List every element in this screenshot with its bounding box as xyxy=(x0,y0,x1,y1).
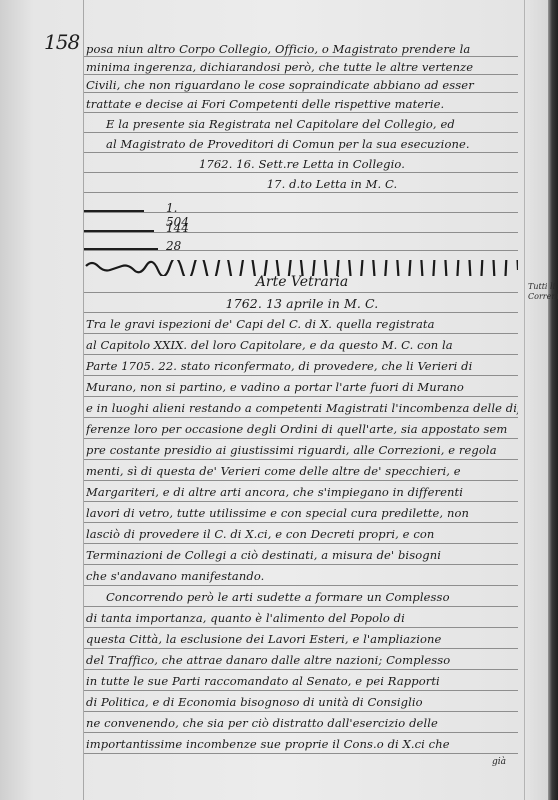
ruled-line xyxy=(84,417,518,418)
ruled-line xyxy=(84,459,518,460)
ruled-line xyxy=(84,501,518,502)
ruled-line xyxy=(84,732,518,733)
ruled-line xyxy=(84,172,518,173)
ruled-line xyxy=(84,192,518,193)
text-line: Civili, che non riguardano le cose sopra… xyxy=(86,78,518,92)
ruled-line xyxy=(84,585,518,586)
text-line: pre costante presidio ai giustissimi rig… xyxy=(86,443,518,457)
ruled-line xyxy=(84,132,518,133)
catchword: già xyxy=(492,757,506,767)
text-line: E la presente sia Registrata nel Capitol… xyxy=(86,117,518,131)
ruled-line xyxy=(84,543,518,544)
ruled-line xyxy=(84,232,518,233)
ruled-line xyxy=(84,212,518,213)
text-line: ne convenendo, che sia per ciò distratto… xyxy=(86,716,518,730)
ruled-line xyxy=(84,669,518,670)
ruled-line xyxy=(84,606,518,607)
text-line: Murano, non si partino, e vadino a porta… xyxy=(86,380,518,394)
tally-value: 144 xyxy=(166,221,189,235)
reading-date: 17. d.to Letta in M. C. xyxy=(86,177,518,191)
text-line: in tutte le sue Parti raccomandato al Se… xyxy=(86,674,518,688)
ruled-line xyxy=(84,92,518,93)
ruled-line xyxy=(84,375,518,376)
page-edge-shadow xyxy=(548,0,558,800)
section-title: Arte Vetraria xyxy=(86,274,518,290)
text-line: importantissime incombenze sue proprie i… xyxy=(86,737,518,751)
text-line: lavori di vetro, tutte utilissime e con … xyxy=(86,506,518,520)
text-line: questa Città, la esclusione dei Lavori E… xyxy=(86,632,518,646)
ruled-line xyxy=(84,711,518,712)
text-line: menti, sì di questa de' Verieri come del… xyxy=(86,464,518,478)
tally-stroke xyxy=(84,230,154,232)
ruled-line xyxy=(84,753,518,754)
text-line: di Politica, e di Economia bisognoso di … xyxy=(86,695,518,709)
left-margin-rule xyxy=(83,0,84,800)
tally-stroke xyxy=(84,248,158,250)
ruled-line xyxy=(84,56,518,57)
ruled-line xyxy=(84,627,518,628)
text-line: al Capitolo XXIX. del loro Capitolare, e… xyxy=(86,338,518,352)
manuscript-page: 158 posa niun altro Corpo Collegio, Offi… xyxy=(0,0,558,800)
ruled-line xyxy=(84,312,518,313)
reading-date: 1762. 16. Sett.re Letta in Collegio. xyxy=(86,157,518,171)
text-line: al Magistrato de Proveditori di Comun pe… xyxy=(86,137,518,151)
section-date: 1762. 13 aprile in M. C. xyxy=(86,296,518,311)
ruled-line xyxy=(84,480,518,481)
margin-note-line: Tutti li xyxy=(528,282,558,292)
right-margin-rule xyxy=(524,0,525,800)
text-line: lasciò di provedere il C. di X.ci, e con… xyxy=(86,527,518,541)
ruled-line xyxy=(84,250,518,251)
ruled-line xyxy=(84,292,518,293)
text-line: Concorrendo però le arti sudette a forma… xyxy=(86,590,518,604)
ruled-line xyxy=(84,690,518,691)
ruled-line xyxy=(84,438,518,439)
tally-stroke xyxy=(84,210,144,212)
ruled-line xyxy=(84,152,518,153)
ruled-line xyxy=(84,333,518,334)
text-line: che s'andavano manifestando. xyxy=(86,569,518,583)
text-line: Parte 1705. 22. stato riconfermato, di p… xyxy=(86,359,518,373)
text-line: del Traffico, che attrae danaro dalle al… xyxy=(86,653,518,667)
ruled-line xyxy=(84,396,518,397)
ruled-line xyxy=(84,354,518,355)
text-line: Terminazioni de Collegi a ciò destinati,… xyxy=(86,548,518,562)
text-line: minima ingerenza, dichiarandosi però, ch… xyxy=(86,60,518,74)
text-line: Margariteri, e di altre arti ancora, che… xyxy=(86,485,518,499)
text-line: e in luoghi alieni restando a competenti… xyxy=(86,401,518,415)
text-line: Tra le gravi ispezioni de' Capi del C. d… xyxy=(86,317,518,331)
text-line: ferenze loro per occasione degli Ordini … xyxy=(86,422,518,436)
text-line: posa niun altro Corpo Collegio, Officio,… xyxy=(86,42,518,56)
tally-value: 28 xyxy=(166,239,181,253)
ruled-line xyxy=(84,112,518,113)
text-line: trattate e decise ai Fori Competenti del… xyxy=(86,97,518,111)
text-line: di tanta importanza, quanto è l'alimento… xyxy=(86,611,518,625)
ruled-line xyxy=(84,74,518,75)
ruled-line xyxy=(84,522,518,523)
ruled-line xyxy=(84,564,518,565)
margin-note: Tutti li Correnti xyxy=(528,282,558,302)
margin-note-line: Correnti xyxy=(528,292,558,302)
folio-number: 158 xyxy=(44,30,79,54)
ruled-line xyxy=(84,648,518,649)
